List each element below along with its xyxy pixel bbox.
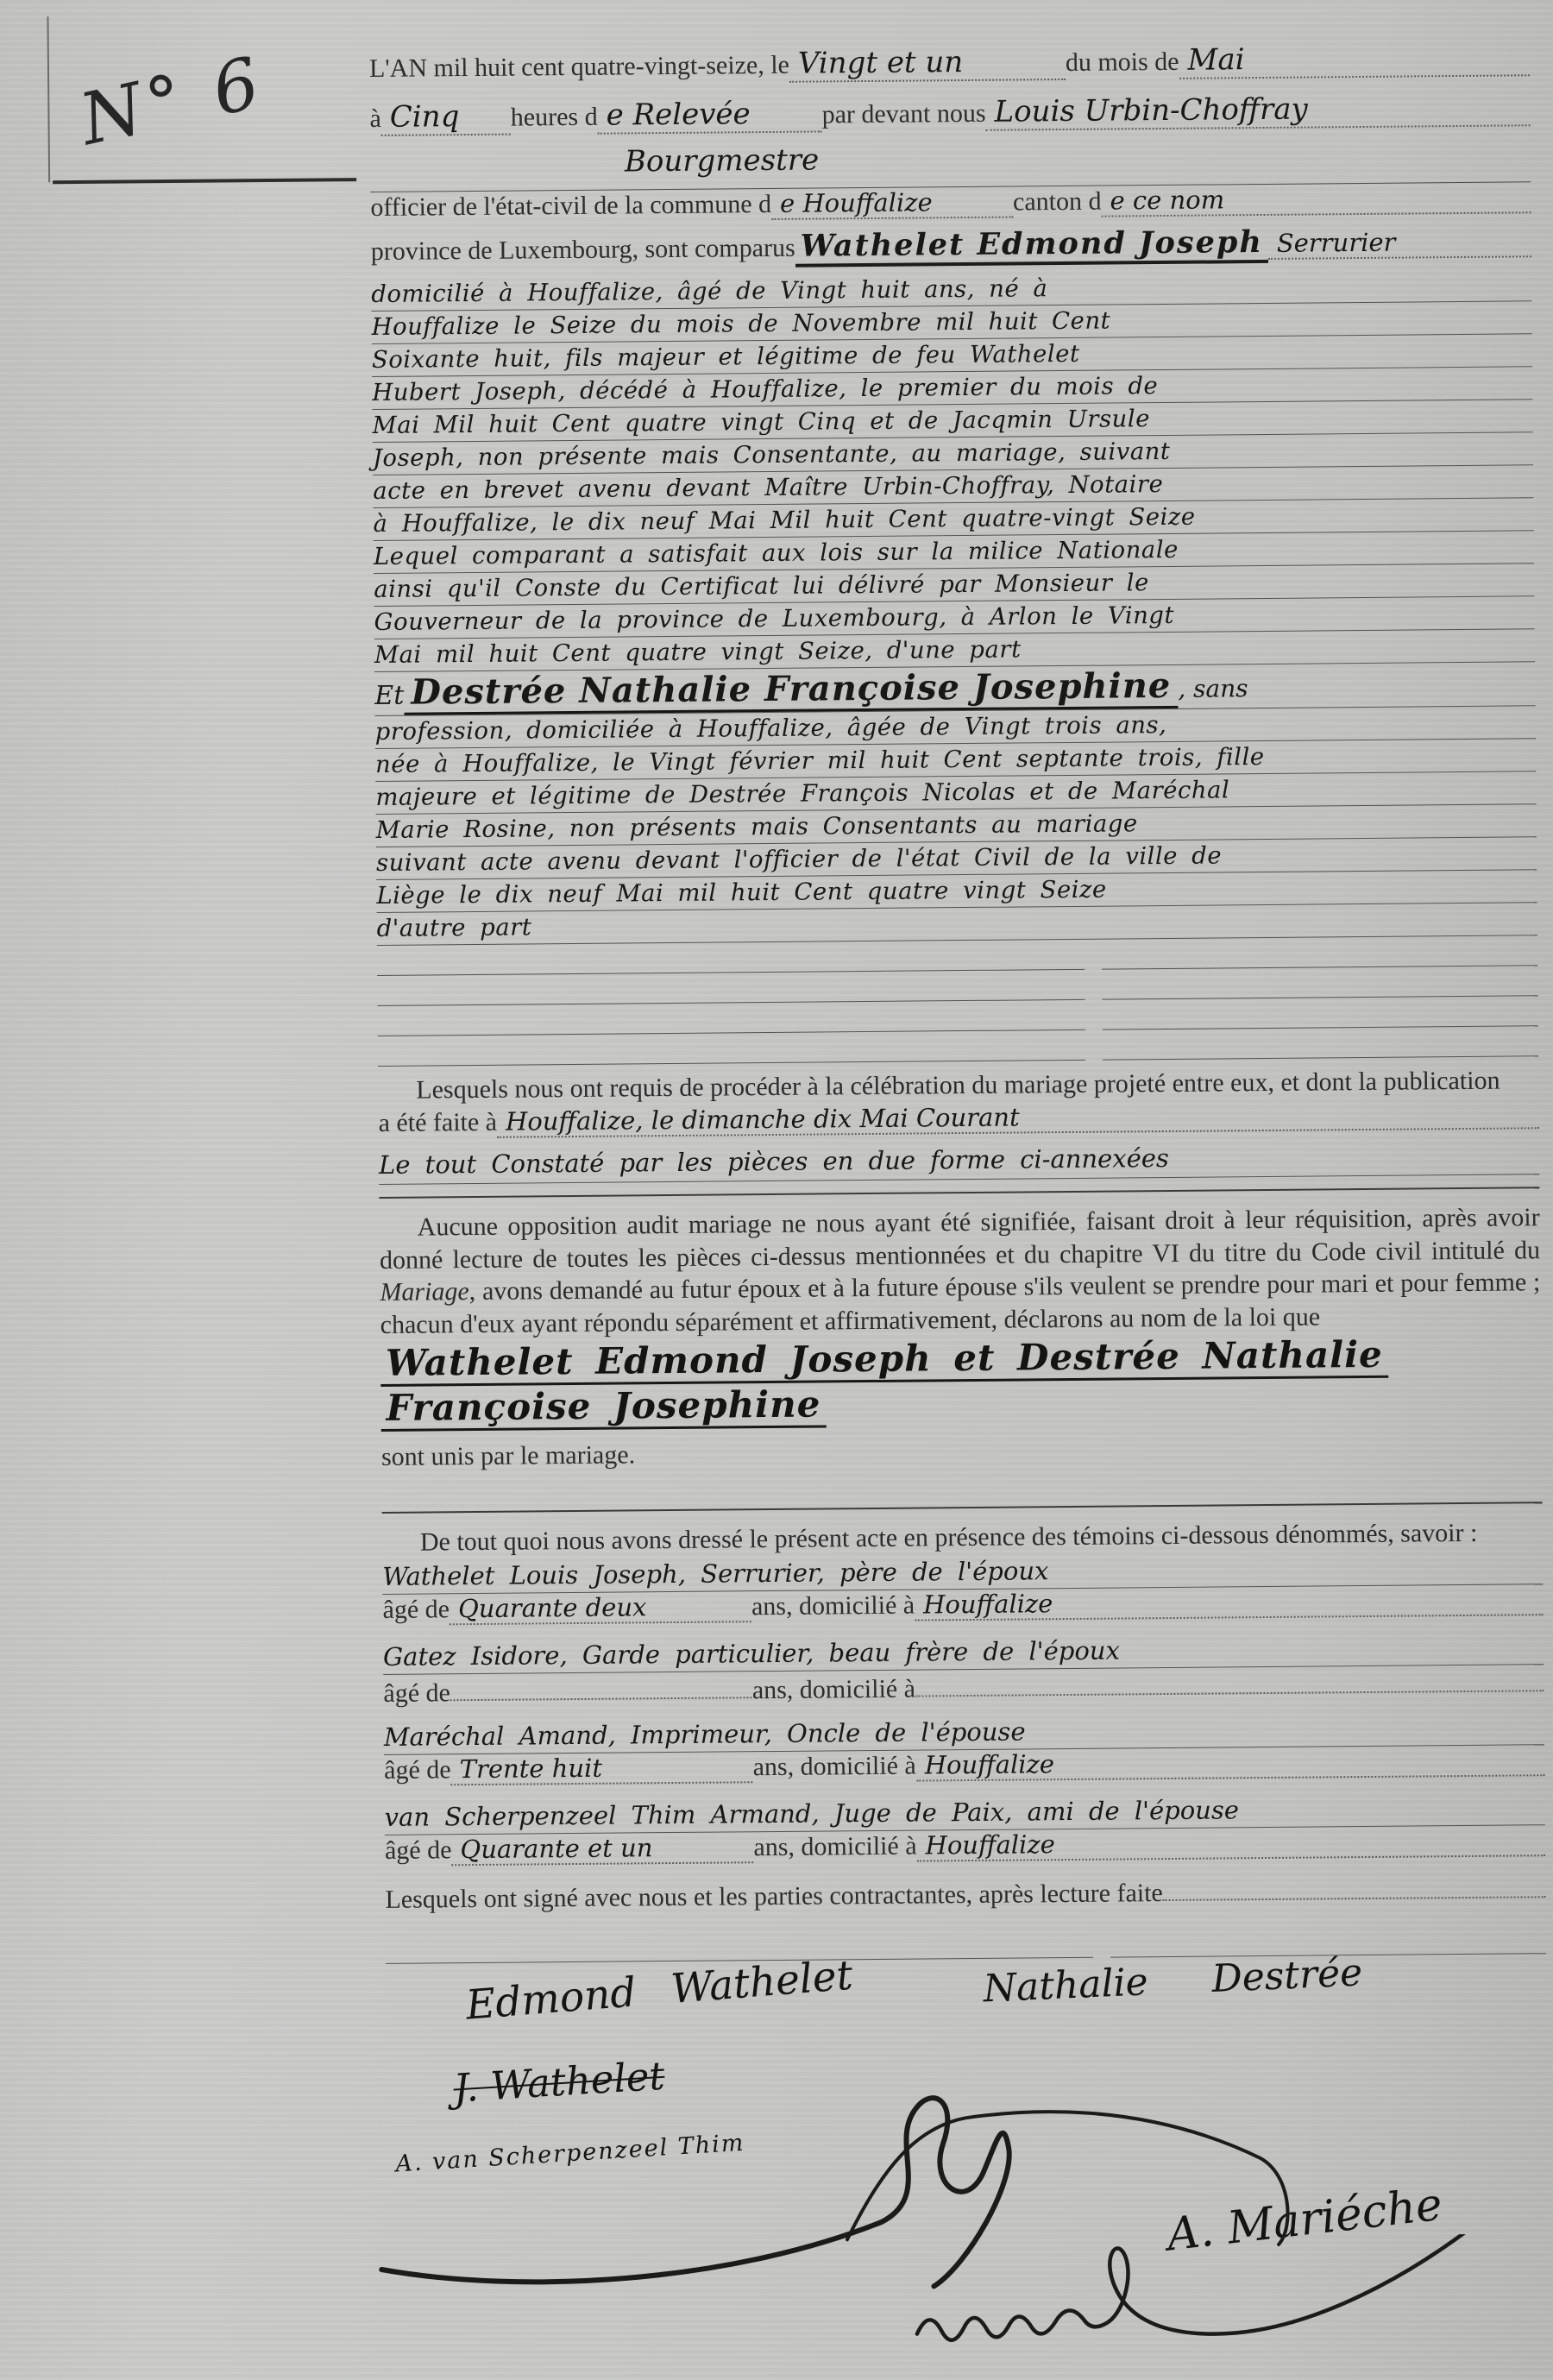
printed-month-label: du mois de [1066,47,1179,78]
act-number: N° 6 [73,41,272,161]
printed-devant-nous-text: par devant nous [821,99,985,130]
witness-domicile: Houffalize [915,1584,1544,1621]
witnesses-section: De tout quoi nous avons dressé le présen… [382,1516,1546,1964]
officer-signature-flourish [899,2234,1487,2376]
bride-name: Destrée Nathalie Françoise Josephine [404,665,1178,715]
declaration-text-b: , avons demandé au futur époux et à la f… [380,1268,1541,1338]
declaration-section: Aucune opposition audit mariage ne nous … [380,1201,1543,1472]
handwritten-commune: e Houffalize [771,187,1013,220]
witness-domicile: Houffalize [916,1745,1545,1781]
handwritten-officiant-title: Bourgmestre [625,142,820,179]
printed-commune-label: officier de l'état-civil de la commune d [370,190,771,223]
groom-occupation: Serrurier [1268,226,1531,260]
groom-signature: Edmond Wathelet [464,1952,854,2030]
witness-domicile [915,1665,1544,1697]
act-number-underline [53,178,356,184]
handwritten-hour: Cinq [381,99,511,136]
declaration-names-line2: Françoise Josephine [380,1376,1541,1431]
section-divider [382,1502,1543,1516]
declaration-text-em: Mariage [380,1277,469,1306]
printed-canton-label: canton d [1013,187,1102,217]
printed-age-label: âgé de [385,1835,452,1866]
section-divider [379,1187,1539,1201]
printed-age-label: âgé de [382,1595,450,1625]
bride-signature: Nathalie Destrée [982,1950,1363,2011]
union-statement: sont unis par le mariage. [381,1432,1542,1472]
declaration-paragraph: Aucune opposition audit mariage ne nous … [380,1201,1541,1341]
printed-age-label: âgé de [384,1755,451,1785]
blank-ruled-line [386,1924,1546,1964]
handwritten-officiant-name: Louis Urbin-Choffray [985,90,1530,131]
printed-signed-text: Lesquels ont signé avec nous et les part… [385,1879,1163,1915]
handwritten-canton: e ce nom [1101,182,1531,217]
bride-details-block: profession, domiciliée à Houffalize, âgé… [375,706,1537,913]
groom-details-block: domicilié à Houffalize, âgé de Vingt hui… [371,268,1535,672]
groom-name: Wathelet Edmond Joseph [795,224,1268,268]
printed-age-label: âgé de [383,1678,450,1709]
printed-faite-a-label: a été faite à [379,1108,498,1138]
declaration-text-a: Aucune opposition audit mariage ne nous … [380,1203,1540,1274]
spouses-names-part2: Françoise Josephine [380,1382,826,1431]
printed-domicile-label: ans, domicilié à [751,1591,915,1622]
witness-domicile: Houffalize [916,1825,1545,1861]
act-body: L'AN mil huit cent quatre-vingt-seize, l… [369,40,1546,1964]
trailing-dotted-rule [1163,1870,1546,1901]
handwritten-hour-suffix: e Relevée [597,96,821,134]
bride-prefix: Et [374,681,404,711]
document-sheet: N° 6 L'AN mil huit cent quatre-vingt-sei… [0,0,1553,2380]
witness-age: Trente huit [451,1752,753,1785]
printed-domicile-label: ans, domicilié à [752,1752,915,1783]
spouses-names-part1: Wathelet Edmond Joseph et Destrée Nathal… [380,1333,1388,1387]
handwritten-month: Mai [1179,40,1530,79]
printed-a-text: à [369,104,381,134]
witness-age: Quarante deux [450,1591,751,1625]
printed-domicile-label: ans, domicilié à [752,1675,915,1706]
bride-suffix: , sans [1178,674,1248,703]
printed-year-text: L'AN mil huit cent quatre-vingt-seize, l… [369,51,789,84]
publication-section: Lesquels nous ont requis de procéder à l… [378,1063,1539,1185]
witness-age: Quarante et un [451,1832,753,1866]
handwritten-day: Vingt et un [789,44,1066,83]
printed-domicile-label: ans, domicilié à [753,1832,916,1863]
printed-heures-text: heures d [511,103,598,133]
witness-age [450,1672,752,1701]
printed-comparus-label: province de Luxembourg, sont comparus [371,234,795,267]
blank-ruled-lines [377,935,1538,1067]
marriage-act-scan: N° 6 L'AN mil huit cent quatre-vingt-sei… [0,0,1553,2380]
margin-edge-rule [47,16,50,182]
declaration-names-line1: Wathelet Edmond Joseph et Destrée Nathal… [380,1331,1541,1386]
